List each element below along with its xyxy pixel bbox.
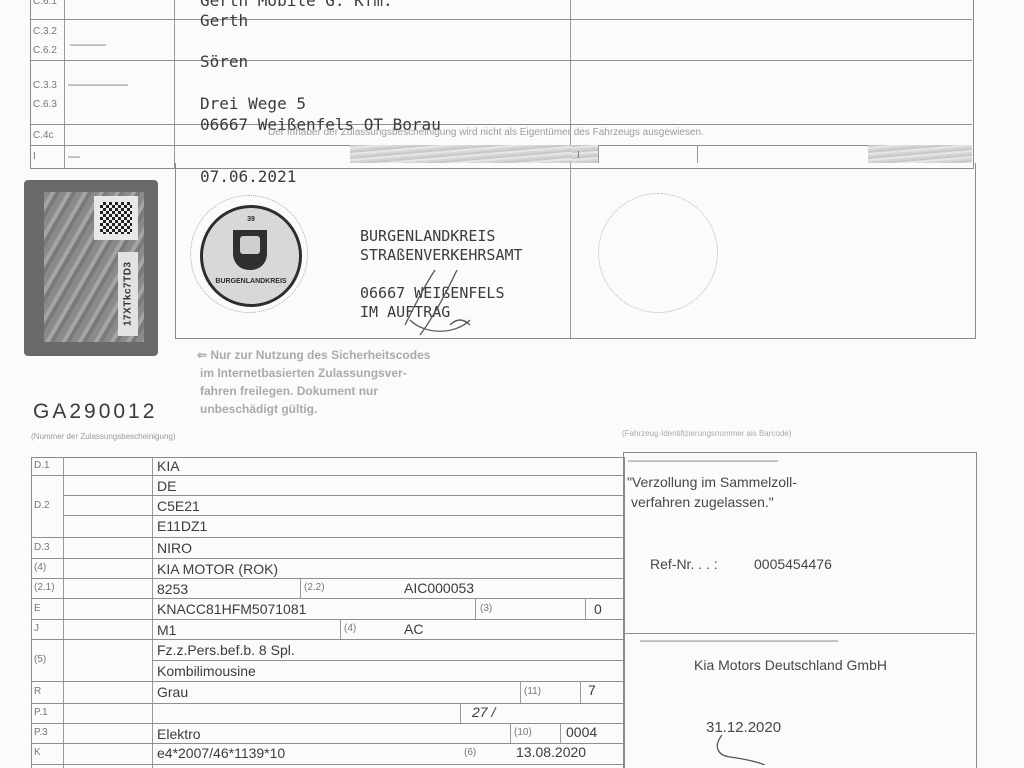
barcode-caption: (Fahrzeug-Identifizierungsnummer als Bar… — [622, 429, 791, 438]
hatch-pattern — [350, 145, 572, 163]
field-code: D.2 — [34, 500, 50, 511]
divider — [585, 598, 586, 619]
divider — [31, 475, 623, 476]
color-code-value: 7 — [588, 682, 596, 698]
divider — [63, 457, 64, 768]
divider — [697, 145, 698, 163]
note-line: im Internetbasierten Zulassungsver- — [197, 364, 497, 382]
divider — [63, 515, 623, 516]
divider — [340, 619, 341, 639]
ref-label: Ref-Nr. . . : — [650, 556, 718, 572]
hatch-pattern — [572, 145, 598, 163]
manufacturer-code-value: 8253 — [157, 581, 188, 597]
holder-notice: Der Inhaber der Zulassungsbescheinigung … — [268, 127, 704, 138]
authority-line: STRAßENVERKEHRSAMT — [360, 246, 523, 265]
coat-of-arms-icon — [233, 230, 267, 270]
manufacturer-value: KIA MOTOR (ROK) — [157, 561, 278, 577]
type-code-value: AIC000053 — [404, 580, 474, 596]
divider — [31, 578, 623, 579]
field-code: C.4c — [33, 130, 54, 141]
manufacturer-name: Kia Motors Deutschland GmbH — [694, 657, 887, 673]
vin-value: KNACC81HFM5071081 — [157, 601, 306, 617]
field-code: (11) — [524, 686, 541, 697]
holder-street: Drei Wege 5 — [200, 94, 306, 113]
divider — [31, 558, 623, 559]
divider — [174, 0, 175, 168]
field-code: D.1 — [34, 460, 50, 471]
trade-name-value: NIRO — [157, 540, 192, 556]
version-value: E11DZ1 — [157, 518, 207, 534]
ref-number: 0005454476 — [754, 556, 832, 572]
approval-date-value: 13.08.2020 — [516, 744, 586, 760]
divider — [152, 457, 153, 768]
check-digit-value: 0 — [594, 601, 602, 617]
displacement-value: 27 / — [472, 704, 495, 720]
security-note: ⇐ Nur zur Nutzung des Sicherheitscodes i… — [197, 346, 497, 418]
vehicle-type-value: Fz.z.Pers.bef.b. 8 Spl. — [157, 642, 295, 658]
field-code: P.3 — [34, 727, 48, 738]
stamp-placeholder — [598, 193, 718, 313]
divider — [31, 723, 623, 724]
make-value: KIA — [157, 458, 180, 474]
divider — [598, 145, 599, 163]
divider — [460, 703, 461, 723]
signature-icon — [395, 265, 485, 340]
divider — [520, 681, 521, 703]
divider — [510, 723, 511, 743]
divider — [300, 578, 301, 598]
field-code: K — [34, 747, 41, 758]
divider — [31, 681, 623, 682]
divider — [30, 124, 972, 125]
field-code: R — [34, 686, 41, 697]
field-label: ▬▬▬▬▬▬▬▬▬▬▬▬▬▬▬▬▬▬▬▬▬▬▬▬▬ — [628, 458, 778, 464]
divider — [580, 681, 581, 703]
field-code: (2.1) — [34, 582, 55, 593]
note-line: fahren freilegen. Dokument nur — [197, 382, 497, 400]
note-line: Nur zur Nutzung des Sicherheitscodes — [210, 348, 430, 362]
official-seal-icon: 39 BURGENLANDKREIS — [200, 205, 302, 307]
field-code: (4) — [34, 562, 46, 573]
divider — [63, 495, 623, 496]
field-label: ▬▬▬▬▬▬ — [70, 42, 106, 48]
document-number: GA290012 — [33, 400, 157, 424]
body-code-value: AC — [404, 621, 423, 637]
divider — [570, 163, 571, 338]
field-code: I — [577, 150, 580, 161]
fuel-code-value: 0004 — [566, 724, 597, 740]
divider — [570, 0, 571, 168]
color-value: Grau — [157, 684, 188, 700]
holder-table — [30, 0, 974, 169]
customs-remark-line: verfahren zugelassen." — [631, 494, 774, 510]
seal-number: 39 — [203, 216, 299, 223]
divider — [30, 19, 972, 20]
field-code: I — [33, 151, 36, 162]
divider — [30, 60, 972, 61]
field-code: (5) — [34, 654, 46, 665]
field-code: D.3 — [34, 542, 50, 553]
divider — [31, 764, 623, 765]
field-code: J — [34, 623, 39, 634]
type-value: DE — [157, 478, 176, 494]
divider — [31, 639, 623, 640]
divider — [31, 703, 623, 704]
hatch-pattern — [868, 145, 972, 163]
divider — [31, 598, 623, 599]
field-code: C.3.2 — [33, 26, 57, 37]
field-code: (4) — [344, 623, 356, 634]
document-number-caption: (Nummer der Zulassungsbescheinigung) — [31, 432, 176, 441]
signature-icon — [710, 715, 770, 765]
vehicle-class-value: M1 — [157, 622, 176, 638]
divider — [64, 0, 65, 168]
seal-text: BURGENLANDKREIS — [203, 278, 299, 285]
field-code: (6) — [464, 747, 476, 758]
field-label: ▬▬ — [68, 154, 80, 160]
divider — [31, 619, 623, 620]
field-code: C.6.1 — [33, 0, 57, 7]
field-code: (3) — [480, 603, 492, 614]
security-code-label[interactable]: 17XTkc7TD3 — [24, 180, 158, 356]
authority-line: BURGENLANDKREIS — [360, 227, 523, 246]
qr-code-icon — [94, 196, 138, 240]
holder-firstname: Sören — [200, 52, 248, 71]
divider — [152, 660, 623, 661]
holder-surname: Gerth — [200, 11, 248, 30]
divider — [560, 723, 561, 743]
divider — [623, 633, 975, 634]
field-label: ▬▬▬▬▬▬▬▬▬▬▬▬▬▬▬▬▬▬▬▬▬▬▬▬▬▬▬▬▬▬▬▬▬ — [640, 638, 838, 644]
field-code: P.1 — [34, 707, 48, 718]
security-code: 17XTkc7TD3 — [118, 252, 138, 336]
field-code: E — [34, 603, 41, 614]
divider — [31, 537, 623, 538]
note-line: unbeschädigt gültig. — [197, 400, 497, 418]
approval-number-value: e4*2007/46*1139*10 — [157, 745, 285, 761]
body-type-value: Kombilimousine — [157, 663, 256, 679]
holder-name: Gerth Mobile G. Kfm. — [200, 0, 393, 10]
divider — [475, 598, 476, 619]
vehicle-data-table — [31, 457, 625, 768]
field-code: C.3.3 — [33, 80, 57, 91]
customs-remark-line: "Verzollung im Sammelzoll- — [627, 474, 797, 490]
variant-value: C5E21 — [157, 498, 200, 514]
field-code: C.6.2 — [33, 45, 57, 56]
fuel-value: Elektro — [157, 726, 201, 742]
field-code: (2.2) — [304, 582, 325, 593]
field-code: (10) — [514, 727, 532, 738]
field-label: ▬▬▬▬▬▬▬▬▬▬ — [68, 82, 128, 88]
arrow-left-icon: ⇐ — [197, 348, 207, 362]
field-code: C.6.3 — [33, 99, 57, 110]
issue-date: 07.06.2021 — [200, 167, 296, 186]
